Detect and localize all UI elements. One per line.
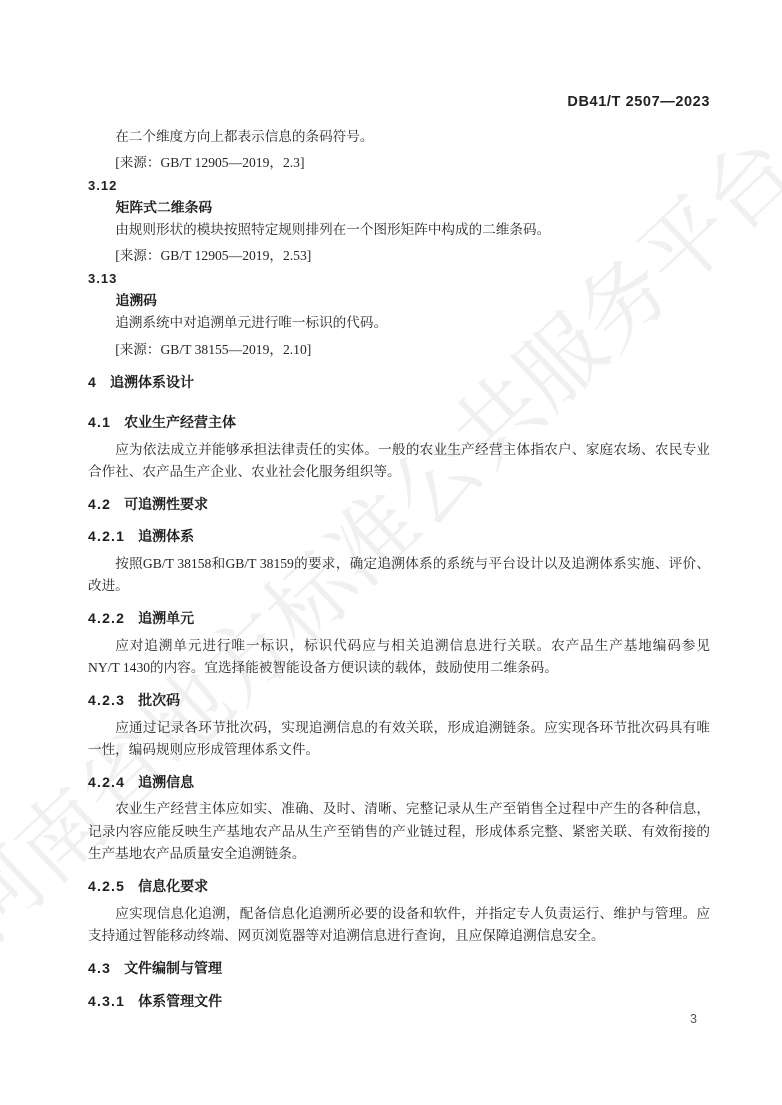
paragraph-line: 由规则形状的模块按照特定规则排列在一个图形矩阵中构成的二维条码。 <box>88 219 710 241</box>
document-body: 在二个维度方向上都表示信息的条码符号。[来源：GB/T 12905—2019，2… <box>88 126 710 1017</box>
paragraph-line: 应通过记录各环节批次码，实现追溯信息的有效关联，形成追溯链条。应实现各环节批次码… <box>88 717 710 739</box>
paragraph-line: 追溯系统中对追溯单元进行唯一标识的代码。 <box>88 312 710 334</box>
source-reference: [来源：GB/T 12905—2019，2.53] <box>88 245 710 267</box>
clause-title: 农业生产经营主体 <box>124 414 236 430</box>
paragraph: 在二个维度方向上都表示信息的条码符号。 <box>88 126 710 148</box>
clause-number: 4.3 <box>88 960 111 976</box>
clause-title: 追溯体系设计 <box>110 374 194 390</box>
paragraph: 由规则形状的模块按照特定规则排列在一个图形矩阵中构成的二维条码。 <box>88 219 710 241</box>
clause-heading: 4.2可追溯性要求 <box>88 493 710 515</box>
clause-heading: 4追溯体系设计 <box>88 371 710 393</box>
clause-title: 追溯信息 <box>138 774 194 790</box>
clause-title: 追溯单元 <box>138 610 194 626</box>
clause-title: 追溯体系 <box>138 528 194 544</box>
clause-number: 4.2.5 <box>88 878 125 894</box>
clause-number: 4.3.1 <box>88 993 125 1009</box>
clause-number: 4 <box>88 374 97 390</box>
paragraph-line: NY/T 1430的内容。宜选择能被智能设备方便识读的载体，鼓励使用二维条码。 <box>88 657 710 679</box>
paragraph: 应实现信息化追溯，配备信息化追溯所必要的设备和软件，并指定专人负责运行、维护与管… <box>88 903 710 948</box>
clause-title: 文件编制与管理 <box>124 960 222 976</box>
paragraph-line: 一性，编码规则应形成管理体系文件。 <box>88 739 710 761</box>
paragraph-line: 农业生产经营主体应如实、准确、及时、清晰、完整记录从生产至销售全过程中产生的各种… <box>88 798 710 820</box>
clause-number: 4.2.1 <box>88 528 125 544</box>
clause-title: 信息化要求 <box>138 878 208 894</box>
paragraph: 追溯系统中对追溯单元进行唯一标识的代码。 <box>88 312 710 334</box>
clause-heading: 4.2.5信息化要求 <box>88 875 710 897</box>
clause-heading: 4.2.4追溯信息 <box>88 771 710 793</box>
paragraph: 应对追溯单元进行唯一标识，标识代码应与相关追溯信息进行关联。农产品生产基地编码参… <box>88 635 710 680</box>
clause-title: 批次码 <box>138 692 180 708</box>
clause-number: 4.1 <box>88 414 111 430</box>
term-clause-number: 3.13 <box>88 268 710 290</box>
clause-heading: 4.3.1体系管理文件 <box>88 990 710 1012</box>
source-reference: [来源：GB/T 38155—2019，2.10] <box>88 339 710 361</box>
paragraph: 农业生产经营主体应如实、准确、及时、清晰、完整记录从生产至销售全过程中产生的各种… <box>88 798 710 865</box>
standard-code-header: DB41/T 2507—2023 <box>567 94 710 110</box>
clause-heading: 4.1农业生产经营主体 <box>88 411 710 433</box>
paragraph-line: 生产基地农产品质量安全追溯链条。 <box>88 843 710 865</box>
paragraph-line: 支持通过智能移动终端、网页浏览器等对追溯信息进行查询，且应保障追溯信息安全。 <box>88 925 710 947</box>
document-page: 河南省地方标准公共服务平台 DB41/T 2507—2023 在二个维度方向上都… <box>0 0 782 1105</box>
clause-heading: 4.2.2追溯单元 <box>88 607 710 629</box>
clause-number: 4.2.4 <box>88 774 125 790</box>
clause-title: 体系管理文件 <box>138 993 222 1009</box>
term-name: 追溯码 <box>88 290 710 312</box>
term-name: 矩阵式二维条码 <box>88 197 710 219</box>
paragraph: 按照GB/T 38158和GB/T 38159的要求，确定追溯体系的系统与平台设… <box>88 553 710 598</box>
clause-title: 可追溯性要求 <box>124 496 208 512</box>
paragraph-line: 记录内容应能反映生产基地农产品从生产至销售的产业链过程，形成体系完整、紧密关联、… <box>88 821 710 843</box>
paragraph-line: 改进。 <box>88 575 710 597</box>
clause-heading: 4.2.1追溯体系 <box>88 525 710 547</box>
paragraph-line: 按照GB/T 38158和GB/T 38159的要求，确定追溯体系的系统与平台设… <box>88 553 710 575</box>
paragraph-line: 应实现信息化追溯，配备信息化追溯所必要的设备和软件，并指定专人负责运行、维护与管… <box>88 903 710 925</box>
paragraph-line: 应为依法成立并能够承担法律责任的实体。一般的农业生产经营主体指农户、家庭农场、农… <box>88 439 710 461</box>
clause-number: 4.2.2 <box>88 610 125 626</box>
paragraph-line: 在二个维度方向上都表示信息的条码符号。 <box>88 126 710 148</box>
paragraph: 应为依法成立并能够承担法律责任的实体。一般的农业生产经营主体指农户、家庭农场、农… <box>88 439 710 484</box>
paragraph-line: 合作社、农产品生产企业、农业社会化服务组织等。 <box>88 461 710 483</box>
clause-number: 4.2.3 <box>88 692 125 708</box>
paragraph: 应通过记录各环节批次码，实现追溯信息的有效关联，形成追溯链条。应实现各环节批次码… <box>88 717 710 762</box>
clause-number: 4.2 <box>88 496 111 512</box>
source-reference: [来源：GB/T 12905—2019，2.3] <box>88 152 710 174</box>
clause-heading: 4.2.3批次码 <box>88 689 710 711</box>
clause-heading: 4.3文件编制与管理 <box>88 957 710 979</box>
page-number: 3 <box>690 1012 697 1026</box>
paragraph-line: 应对追溯单元进行唯一标识，标识代码应与相关追溯信息进行关联。农产品生产基地编码参… <box>88 635 710 657</box>
term-clause-number: 3.12 <box>88 175 710 197</box>
